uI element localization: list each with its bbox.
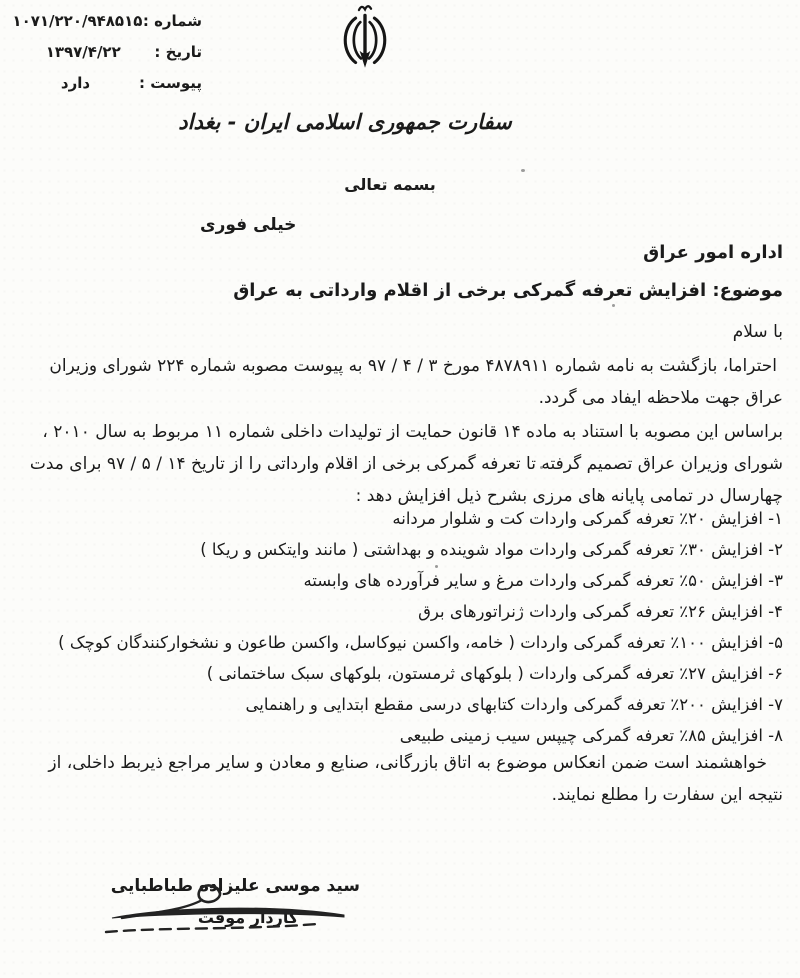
ref-number-row: شماره : ۱۰۷۱/۲۲۰/۹۴۸۵۱۵ (12, 12, 202, 30)
header-reference-fields: شماره : ۱۰۷۱/۲۲۰/۹۴۸۵۱۵ تاریخ : ۱۳۹۷/۴/۲… (12, 12, 202, 105)
iran-emblem-icon (330, 2, 400, 76)
scan-speck (540, 466, 543, 469)
list-item: ۶- افزایش ۲۷٪ تعرفه گمرکی واردات ( بلوکه… (22, 658, 783, 689)
salutation: با سلام (733, 322, 783, 342)
subject-line: موضوع: افزایش تعرفه گمرکی برخی از اقلام … (233, 280, 783, 301)
attachment-row: پیوست : دارد (12, 74, 202, 92)
list-item: ۲- افزایش ۳۰٪ تعرفه گمرکی واردات مواد شو… (22, 534, 783, 565)
scan-speck (612, 304, 615, 307)
ref-number-label: شماره : (143, 12, 202, 30)
basmala: بسمه تعالی (90, 175, 690, 194)
body-paragraph-2: براساس این مصوبه با استناد به ماده ۱۴ قا… (22, 416, 783, 512)
attachment-label: پیوست : (139, 74, 202, 92)
list-item: ۵- افزایش ۱۰۰٪ تعرفه گمرکی واردات ( خامه… (22, 627, 783, 658)
ref-number-value: ۱۰۷۱/۲۲۰/۹۴۸۵۱۵ (12, 12, 143, 30)
scan-speck (435, 565, 438, 568)
date-row: تاریخ : ۱۳۹۷/۴/۲۲ (12, 43, 202, 61)
urgency-note: خیلی فوری (200, 215, 296, 235)
date-label: تاریخ : (154, 43, 202, 61)
letter-page: { "colors": { "ink": "#1b1b1b", "paper":… (0, 0, 800, 978)
handwritten-signature-icon (92, 880, 392, 942)
closing-paragraph: خواهشمند است ضمن انعکاس موضوع به اتاق با… (22, 747, 783, 811)
list-item: ۴- افزایش ۲۶٪ تعرفه گمرکی واردات ژنراتور… (22, 596, 783, 627)
attachment-value: دارد (12, 74, 139, 92)
date-value: ۱۳۹۷/۴/۲۲ (12, 43, 154, 61)
list-item: ۱- افزایش ۲۰٪ تعرفه گمرکی واردات کت و شل… (22, 503, 783, 534)
list-item: ۷- افزایش ۲۰۰٪ تعرفه گمرکی واردات کتابها… (22, 689, 783, 720)
body-paragraph-1: احتراما، بازگشت به نامه شماره ۴۸۷۸۹۱۱ مو… (22, 350, 783, 414)
recipient-line: اداره امور عراق (643, 242, 783, 263)
tariff-item-list: ۱- افزایش ۲۰٪ تعرفه گمرکی واردات کت و شل… (22, 503, 783, 751)
embassy-title: سفارت جمهوری اسلامی ایران - بغداد (45, 110, 645, 134)
scan-speck (521, 169, 525, 172)
list-item: ۳- افزایش ۵۰٪ تعرفه گمرکی واردات مرغ و س… (22, 565, 783, 596)
